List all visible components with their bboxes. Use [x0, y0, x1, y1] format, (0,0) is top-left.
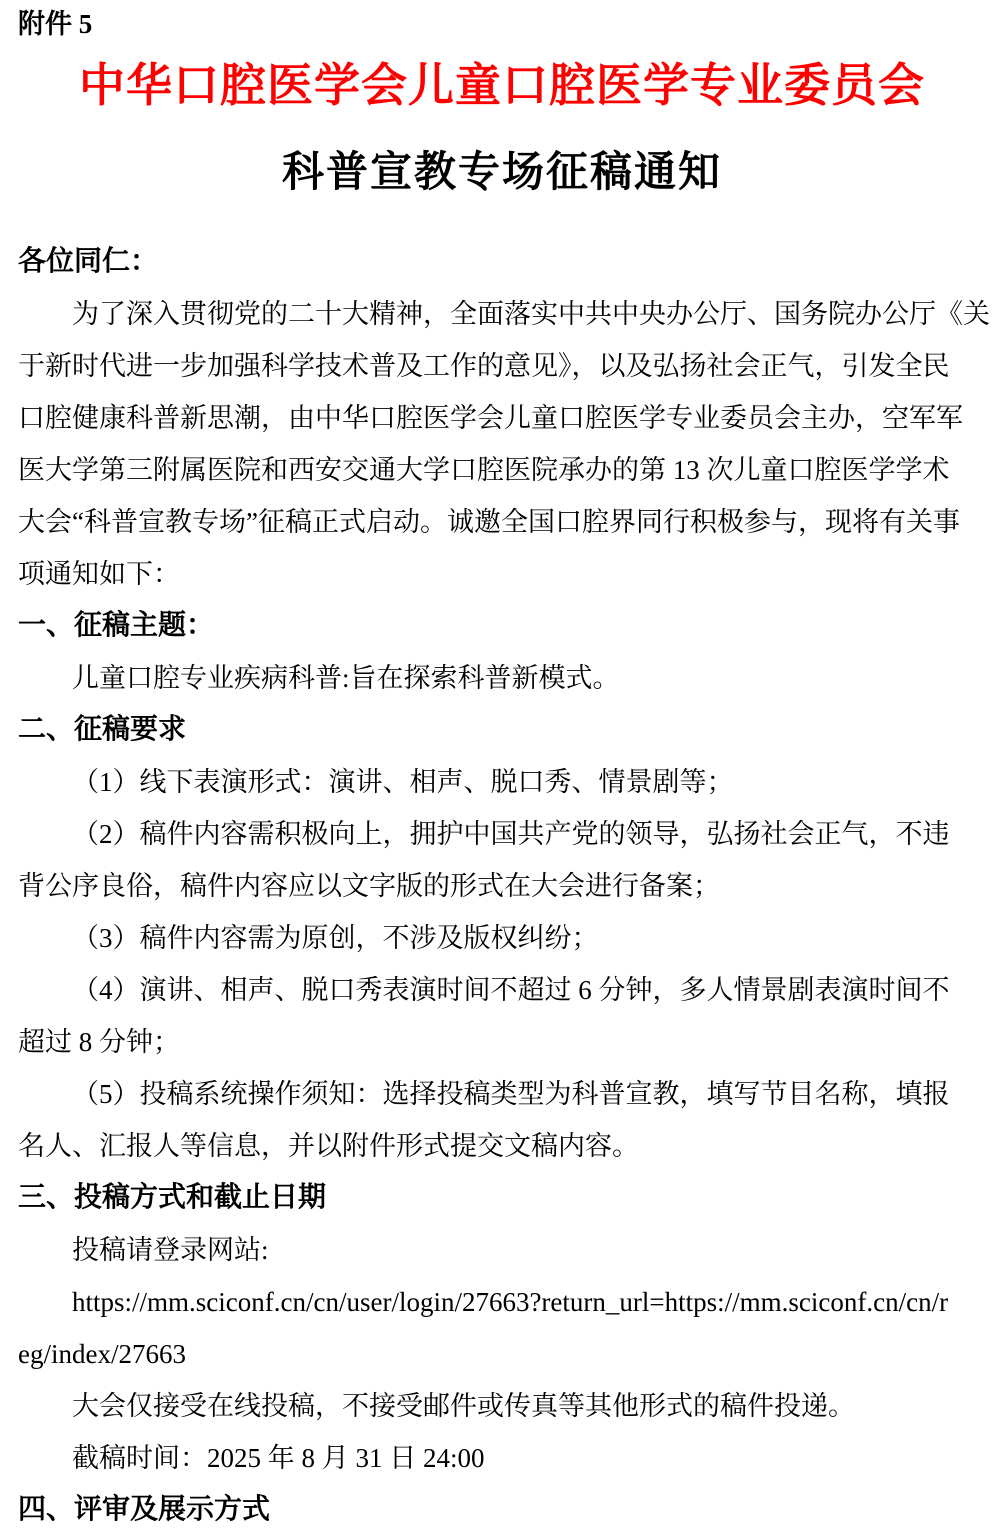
- section-heading-2: 二、征稿要求: [18, 704, 984, 756]
- submission-url-line-1: https://mm.sciconf.cn/cn/user/login/2766…: [18, 1276, 984, 1328]
- paragraph-line: 医大学第三附属医院和西安交通大学口腔医院承办的第 13 次儿童口腔医学学术: [18, 444, 984, 496]
- requirement-item-2-cont: 背公序良俗，稿件内容应以文字版的形式在大会进行备案；: [18, 860, 984, 912]
- requirement-item-3: （3）稿件内容需为原创，不涉及版权纠纷；: [18, 912, 984, 964]
- document-title-notice: 科普宣教专场征稿通知: [0, 144, 1004, 202]
- requirement-item-5-cont: 名人、汇报人等信息，并以附件形式提交文稿内容。: [18, 1120, 984, 1172]
- requirement-item-4: （4）演讲、相声、脱口秀表演时间不超过 6 分钟，多人情景剧表演时间不: [18, 964, 984, 1016]
- document-page: 附件 5 中华口腔医学会儿童口腔医学专业委员会 科普宣教专场征稿通知 各位同仁：…: [0, 0, 1004, 1536]
- requirement-item-5: （5）投稿系统操作须知：选择投稿类型为科普宣教，填写节目名称，填报: [18, 1068, 984, 1120]
- paragraph-line: 于新时代进一步加强科学技术普及工作的意见》，以及弘扬社会正气，引发全民: [18, 340, 984, 392]
- requirement-item-4-cont: 超过 8 分钟；: [18, 1016, 984, 1068]
- section-heading-4: 四、评审及展示方式: [18, 1484, 984, 1536]
- document-body: 各位同仁： 为了深入贯彻党的二十大精神，全面落实中共中央办公厅、国务院办公厅《关…: [18, 236, 984, 1536]
- website-intro-line: 投稿请登录网站:: [18, 1224, 984, 1276]
- paragraph-line: 大会“科普宣教专场”征稿正式启动。诚邀全国口腔界同行积极参与，现将有关事: [18, 496, 984, 548]
- requirement-item-1: （1）线下表演形式：演讲、相声、脱口秀、情景剧等；: [18, 756, 984, 808]
- requirement-item-2: （2）稿件内容需积极向上，拥护中国共产党的领导，弘扬社会正气，不违: [18, 808, 984, 860]
- online-only-line: 大会仅接受在线投稿，不接受邮件或传真等其他形式的稿件投递。: [18, 1380, 984, 1432]
- section-heading-1: 一、征稿主题：: [18, 600, 984, 652]
- paragraph-line: 口腔健康科普新思潮，由中华口腔医学会儿童口腔医学专业委员会主办，空军军: [18, 392, 984, 444]
- theme-line: 儿童口腔专业疾病科普:旨在探索科普新模式。: [18, 652, 984, 704]
- section-heading-3: 三、投稿方式和截止日期: [18, 1172, 984, 1224]
- deadline-line: 截稿时间：2025 年 8 月 31 日 24:00: [18, 1432, 984, 1484]
- document-title-organization: 中华口腔医学会儿童口腔医学专业委员会: [0, 56, 1004, 116]
- attachment-label: 附件 5: [18, 0, 1004, 42]
- paragraph-line: 为了深入贯彻党的二十大精神，全面落实中共中央办公厅、国务院办公厅《关: [18, 288, 984, 340]
- salutation-line: 各位同仁：: [18, 236, 984, 288]
- submission-url-line-2: eg/index/27663: [18, 1328, 984, 1380]
- paragraph-line: 项通知如下：: [18, 548, 984, 600]
